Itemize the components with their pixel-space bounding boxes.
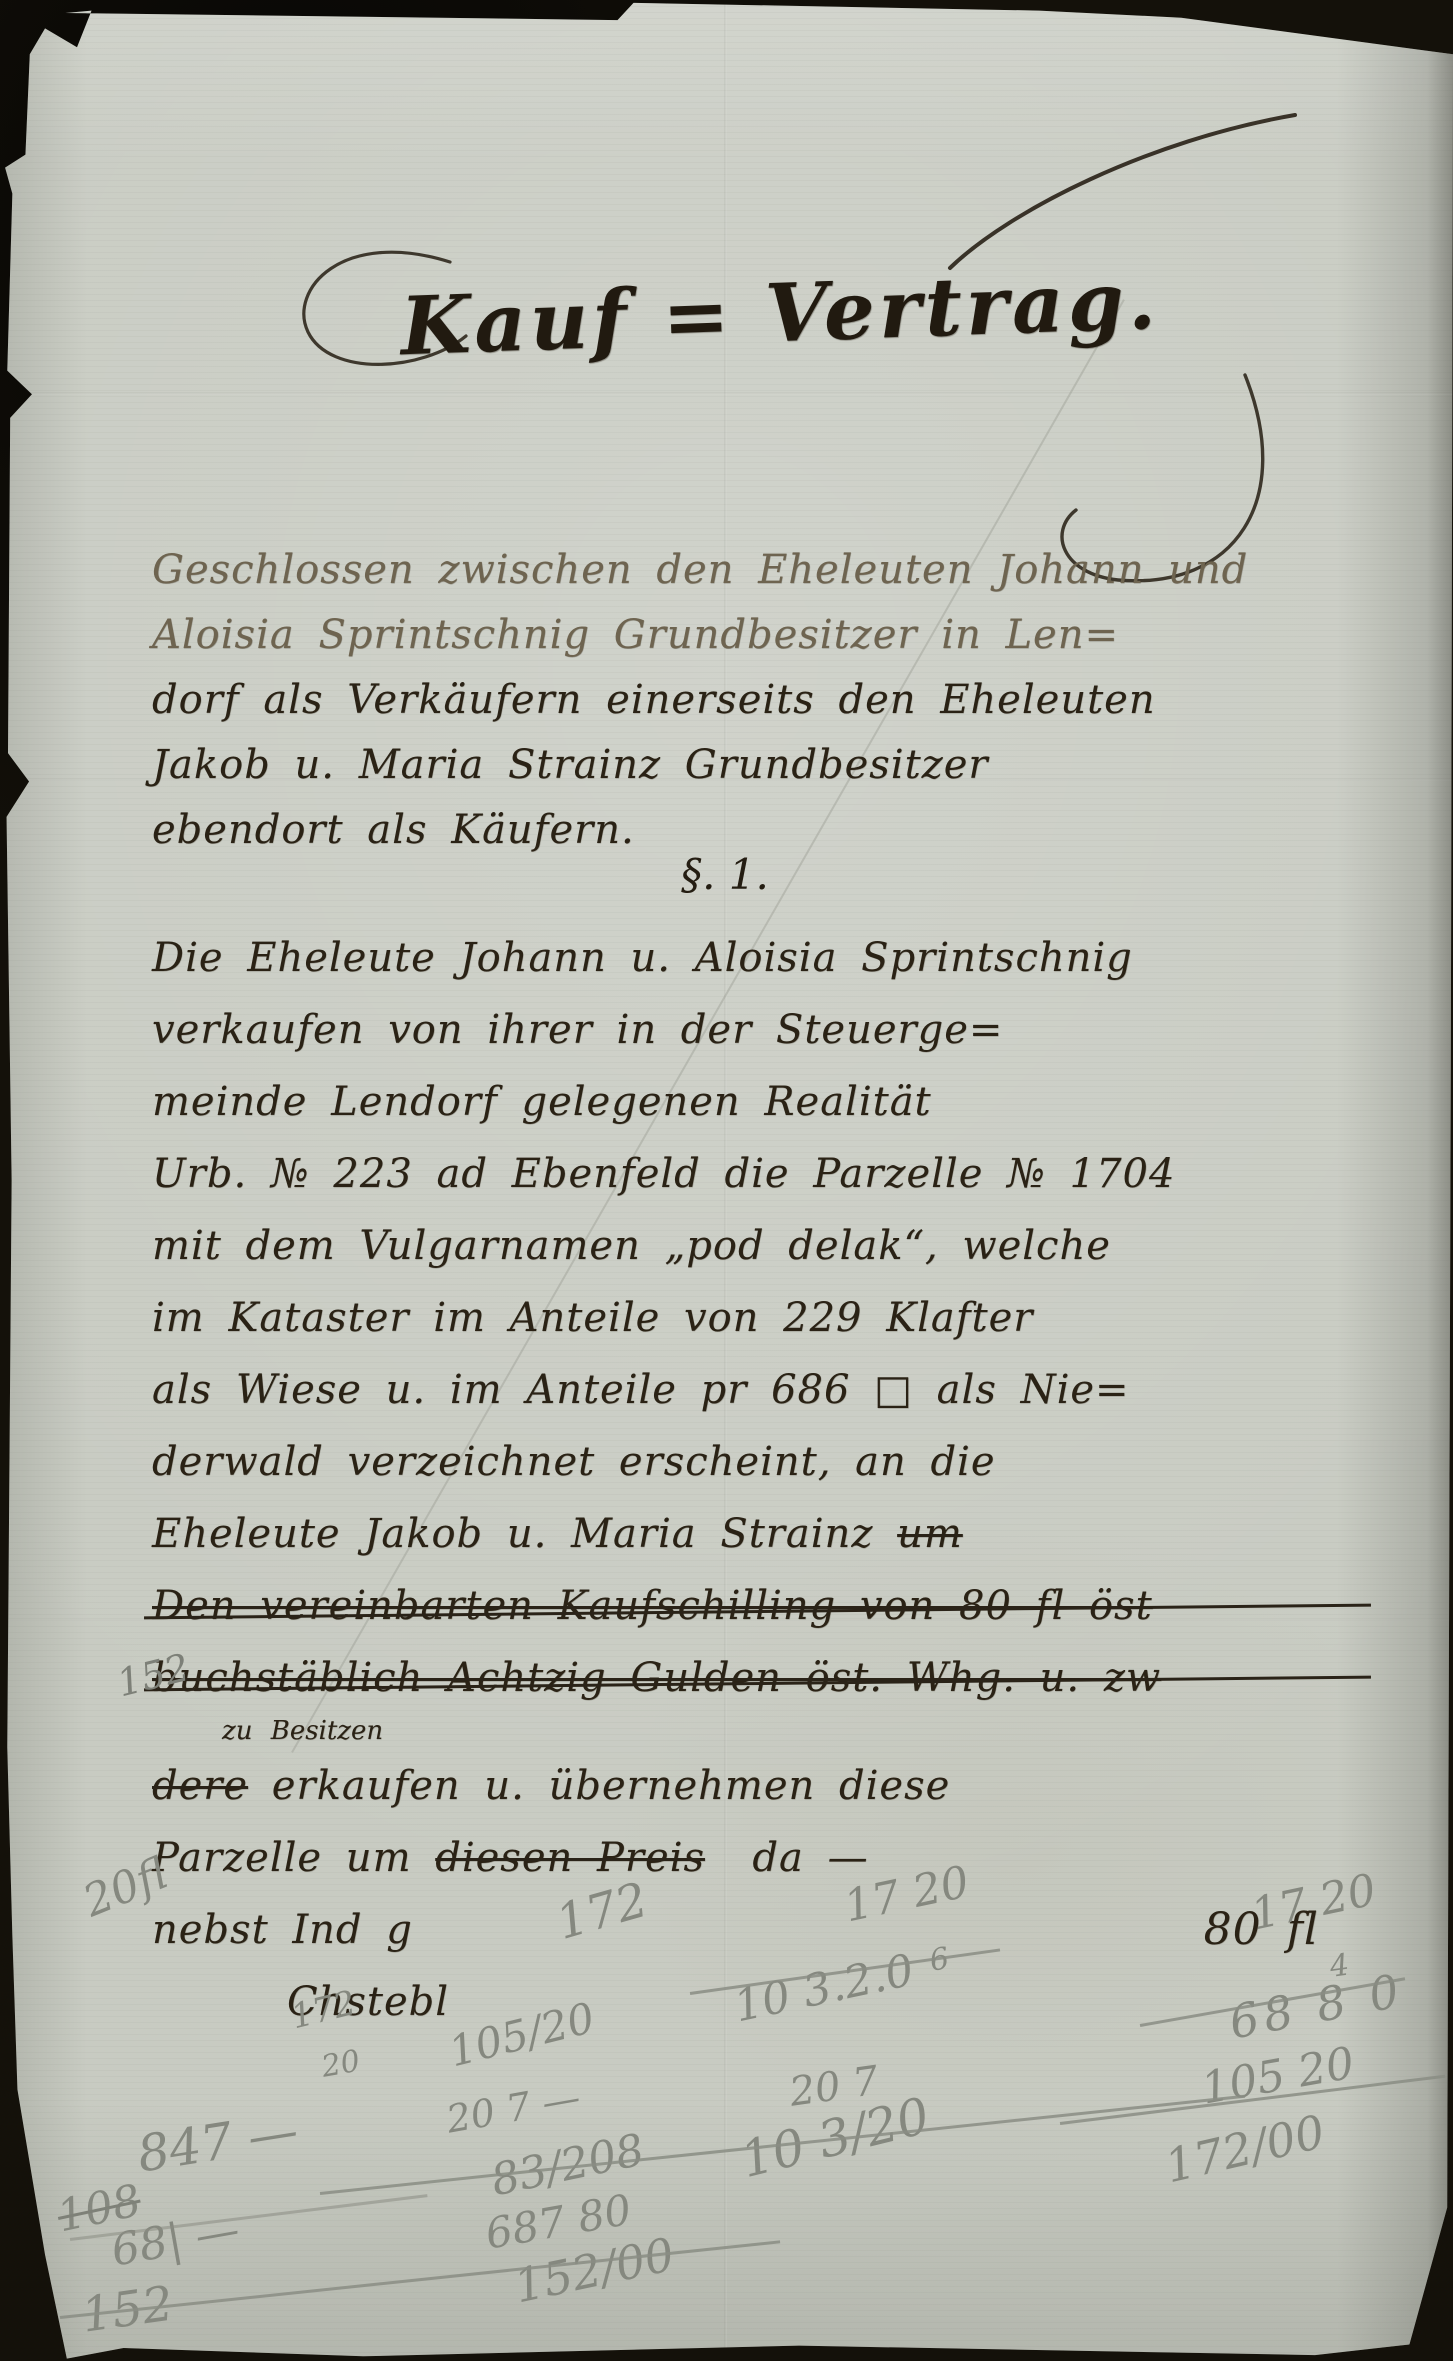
paper-sheet: Kauf = Vertrag. Geschlossen zwischen den… xyxy=(0,0,1453,2361)
document-scan: Kauf = Vertrag. Geschlossen zwischen den… xyxy=(0,0,1453,2361)
manuscript-line: zu Besitzen xyxy=(222,1714,1367,1748)
manuscript-text: als Wiese u. im Anteile pr 686 □ als Nie… xyxy=(152,1367,1130,1413)
manuscript-text: meinde Lendorf gelegenen Realität xyxy=(152,1079,932,1125)
manuscript-text: Eheleute Jakob u. Maria Strainz xyxy=(152,1511,897,1557)
manuscript-line: derwald verzeichnet erscheint, an die xyxy=(152,1426,1367,1498)
manuscript-line: Geschlossen zwischen den Eheleuten Johan… xyxy=(152,538,1362,603)
manuscript-line: meinde Lendorf gelegenen Realität xyxy=(152,1066,1367,1138)
manuscript-text: Urb. № 223 ad Ebenfeld die Parzelle № 17… xyxy=(152,1151,1175,1197)
manuscript-text: um xyxy=(897,1511,963,1557)
manuscript-text: Den vereinbarten Kaufschilling von 80 fl… xyxy=(152,1583,1153,1629)
manuscript-line: Jakob u. Maria Strainz Grundbesitzer xyxy=(152,733,1362,798)
manuscript-text: Jakob u. Maria Strainz Grundbesitzer xyxy=(152,742,989,788)
manuscript-text: erkaufen u. übernehmen diese xyxy=(248,1763,950,1809)
manuscript-line: Eheleute Jakob u. Maria Strainz um xyxy=(152,1498,1367,1570)
manuscript-text: nebst Ind g xyxy=(152,1907,413,1953)
pencil-note: 20 xyxy=(319,2044,363,2085)
manuscript-line: Parzelle um diesen Preis da — xyxy=(152,1822,1367,1894)
horizontal-fold-crease xyxy=(0,392,1453,395)
document-title: Kauf = Vertrag. xyxy=(284,249,1277,377)
manuscript-line: verkaufen von ihrer in der Steuerge= xyxy=(152,994,1367,1066)
manuscript-line: im Kataster im Anteile von 229 Klafter xyxy=(152,1282,1367,1354)
section-mark: §. 1. xyxy=(620,850,830,899)
manuscript-line: Den vereinbarten Kaufschilling von 80 fl… xyxy=(152,1570,1367,1642)
pencil-note: 172/00 xyxy=(1160,2104,1330,2193)
paragraph-1: Geschlossen zwischen den Eheleuten Johan… xyxy=(152,538,1362,863)
manuscript-text: mit dem Vulgarnamen „pod delak“, welche xyxy=(152,1223,1111,1269)
manuscript-line: dere erkaufen u. übernehmen diese xyxy=(152,1750,1367,1822)
manuscript-text: Parzelle um xyxy=(152,1835,435,1881)
paragraph-2: Die Eheleute Johann u. Aloisia Sprintsch… xyxy=(152,922,1367,2038)
manuscript-text: Aloisia Sprintschnig Grundbesitzer in Le… xyxy=(152,612,1119,658)
manuscript-text: da — xyxy=(705,1835,869,1881)
manuscript-text: diesen Preis xyxy=(435,1835,705,1881)
manuscript-line: buchstäblich Achtzig Gulden öst. Whg. u.… xyxy=(152,1642,1367,1714)
pencil-note: 847 — xyxy=(133,2101,301,2184)
manuscript-text: verkaufen von ihrer in der Steuerge= xyxy=(152,1007,1003,1053)
manuscript-text: ebendort als Käufern. xyxy=(152,807,635,853)
manuscript-text: im Kataster im Anteile von 229 Klafter xyxy=(152,1295,1033,1341)
manuscript-line: mit dem Vulgarnamen „pod delak“, welche xyxy=(152,1210,1367,1282)
manuscript-text: dere xyxy=(152,1763,248,1809)
manuscript-line: Urb. № 223 ad Ebenfeld die Parzelle № 17… xyxy=(152,1138,1367,1210)
manuscript-text: buchstäblich Achtzig Gulden öst. Whg. u.… xyxy=(152,1655,1161,1701)
manuscript-line: als Wiese u. im Anteile pr 686 □ als Nie… xyxy=(152,1354,1367,1426)
pencil-note: 20 7 — xyxy=(443,2075,583,2142)
manuscript-line: dorf als Verkäufern einerseits den Ehele… xyxy=(152,668,1362,733)
manuscript-text: Geschlossen zwischen den Eheleuten Johan… xyxy=(152,547,1248,593)
edge-shadow xyxy=(1427,0,1453,2361)
manuscript-text: derwald verzeichnet erscheint, an die xyxy=(152,1439,996,1485)
manuscript-text: Die Eheleute Johann u. Aloisia Sprintsch… xyxy=(152,935,1133,981)
manuscript-line: Die Eheleute Johann u. Aloisia Sprintsch… xyxy=(152,922,1367,994)
manuscript-text: dorf als Verkäufern einerseits den Ehele… xyxy=(152,677,1156,723)
manuscript-line: Aloisia Sprintschnig Grundbesitzer in Le… xyxy=(152,603,1362,668)
manuscript-line: nebst Ind g80 fl xyxy=(152,1894,1367,1966)
manuscript-text: zu Besitzen xyxy=(222,1716,383,1746)
